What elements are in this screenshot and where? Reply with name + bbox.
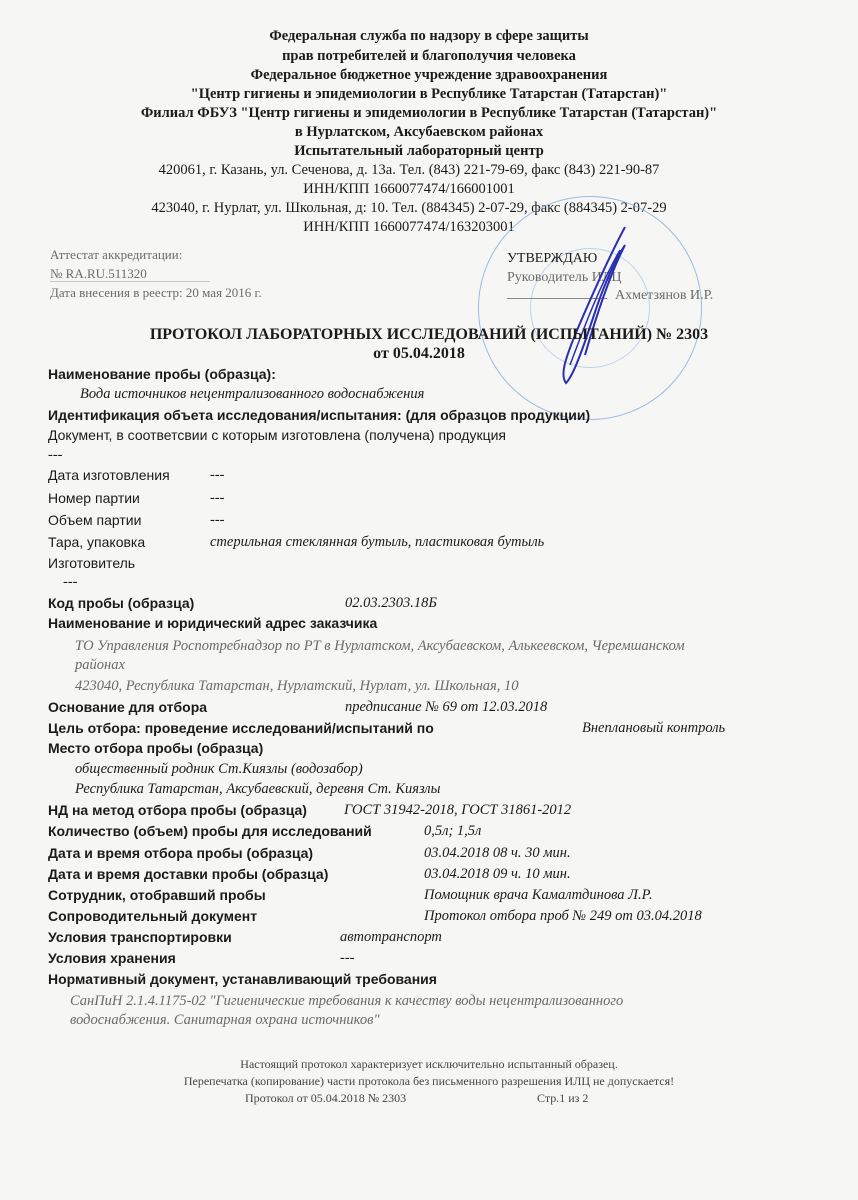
delivery-datetime-label: Дата и время доставки пробы (образца) bbox=[48, 865, 328, 884]
batch-volume-value: --- bbox=[210, 511, 225, 530]
quantity-value: 0,5л; 1,5л bbox=[424, 822, 481, 841]
address-line: 420061, г. Казань, ул. Сеченова, д. 13а.… bbox=[0, 160, 838, 180]
packaging-value: стерильная стеклянная бутыль, пластикова… bbox=[210, 533, 544, 552]
header-line: в Нурлатском, Аксубаевском районах bbox=[0, 122, 848, 142]
transport-value: автотранспорт bbox=[340, 928, 442, 947]
inn-line: ИНН/КПП 1660077474/166001001 bbox=[0, 179, 838, 199]
sample-code-value: 02.03.2303.18Б bbox=[345, 594, 437, 613]
location-line1: общественный родник Ст.Киязлы (водозабор… bbox=[75, 760, 363, 779]
normative-line2: водоснабжения. Санитарная охрана источни… bbox=[70, 1011, 380, 1030]
normative-line1: СанПиН 2.1.4.1175-02 "Гигиенические треб… bbox=[70, 992, 623, 1011]
quantity-label: Количество (объем) пробы для исследовани… bbox=[48, 822, 372, 841]
sampling-datetime-label: Дата и время отбора пробы (образца) bbox=[48, 844, 313, 863]
method-label: НД на метод отбора пробы (образца) bbox=[48, 801, 307, 820]
manufacture-date-label: Дата изготовления bbox=[48, 466, 170, 485]
employee-value: Помощник врача Камалтдинова Л.Р. bbox=[424, 886, 653, 905]
protocol-page: Федеральная служба по надзору в сфере за… bbox=[0, 0, 858, 1200]
batch-volume-label: Объем партии bbox=[48, 511, 141, 530]
employee-label: Сотрудник, отобравший пробы bbox=[48, 886, 266, 905]
registry-date: Дата внесения в реестр: 20 мая 2016 г. bbox=[50, 283, 262, 302]
sample-name-value: Вода источников нецентрализованного водо… bbox=[80, 385, 424, 404]
batch-number-label: Номер партии bbox=[48, 489, 140, 508]
sample-code-label: Код пробы (образца) bbox=[48, 594, 194, 613]
delivery-datetime-value: 03.04.2018 09 ч. 10 мин. bbox=[424, 865, 571, 884]
protocol-title: ПРОТОКОЛ ЛАБОРАТОРНЫХ ИССЛЕДОВАНИЙ (ИСПЫ… bbox=[0, 326, 858, 344]
accreditation-label: Аттестат аккредитации: bbox=[50, 245, 182, 264]
transport-label: Условия транспортировки bbox=[48, 928, 232, 947]
accompanying-doc-value: Протокол отбора проб № 249 от 03.04.2018 bbox=[424, 907, 702, 926]
signature-icon bbox=[530, 215, 650, 390]
inn-line: ИНН/КПП 1660077474/163203001 bbox=[0, 217, 838, 237]
customer-name-line2: районах bbox=[75, 656, 125, 675]
document-label: Документ, в соответсвии с которым изгото… bbox=[48, 426, 506, 445]
storage-value: --- bbox=[340, 949, 355, 968]
header-line: Федеральное бюджетное учреждение здравоо… bbox=[0, 65, 858, 85]
basis-label: Основание для отбора bbox=[48, 698, 207, 717]
normative-label: Нормативный документ, устанавливающий тр… bbox=[48, 970, 437, 989]
footer-protocol-ref: Протокол от 05.04.2018 № 2303 bbox=[245, 1089, 406, 1108]
address-line: 423040, г. Нурлат, ул. Школьная, д: 10. … bbox=[0, 198, 838, 218]
document-value: --- bbox=[48, 446, 63, 465]
identification-label: Идентификация объета исследования/испыта… bbox=[48, 406, 590, 425]
purpose-value: Внеплановый контроль bbox=[582, 719, 725, 738]
basis-value: предписание № 69 от 12.03.2018 bbox=[345, 698, 547, 717]
location-label: Место отбора пробы (образца) bbox=[48, 739, 263, 758]
header-line: Федеральная служба по надзору в сфере за… bbox=[0, 26, 858, 46]
accompanying-doc-label: Сопроводительный документ bbox=[48, 907, 257, 926]
customer-name-line1: ТО Управления Роспотребнадзор по РТ в Ну… bbox=[75, 637, 685, 656]
location-line2: Республика Татарстан, Аксубаевский, дере… bbox=[75, 780, 440, 799]
customer-address: 423040, Республика Татарстан, Нурлатский… bbox=[75, 677, 519, 696]
purpose-label: Цель отбора: проведение исследований/исп… bbox=[48, 719, 434, 738]
footer-disclaimer: Настоящий протокол характеризует исключи… bbox=[0, 1056, 858, 1073]
protocol-date: от 05.04.2018 bbox=[0, 345, 848, 363]
packaging-label: Тара, упаковка bbox=[48, 533, 145, 552]
header-line: "Центр гигиены и эпидемиологии в Республ… bbox=[0, 84, 858, 104]
header-line: прав потребителей и благополучия человек… bbox=[0, 46, 858, 66]
lab-center-title: Испытательный лабораторный центр bbox=[0, 141, 848, 161]
manufacturer-label: Изготовитель bbox=[48, 554, 135, 573]
sampling-datetime-value: 03.04.2018 08 ч. 30 мин. bbox=[424, 844, 571, 863]
customer-label: Наименование и юридический адрес заказчи… bbox=[48, 614, 377, 633]
manufacture-date-value: --- bbox=[210, 466, 225, 485]
divider bbox=[50, 281, 210, 282]
method-value: ГОСТ 31942-2018, ГОСТ 31861-2012 bbox=[344, 801, 571, 820]
batch-number-value: --- bbox=[210, 489, 225, 508]
page-number: Стр.1 из 2 bbox=[537, 1089, 588, 1108]
sample-name-label: Наименование пробы (образца): bbox=[48, 365, 276, 384]
header-line: Филиал ФБУЗ "Центр гигиены и эпидемиолог… bbox=[0, 103, 858, 123]
storage-label: Условия хранения bbox=[48, 949, 176, 968]
manufacturer-value: --- bbox=[63, 573, 78, 592]
footer-copy-notice: Перепечатка (копирование) части протокол… bbox=[0, 1073, 858, 1090]
